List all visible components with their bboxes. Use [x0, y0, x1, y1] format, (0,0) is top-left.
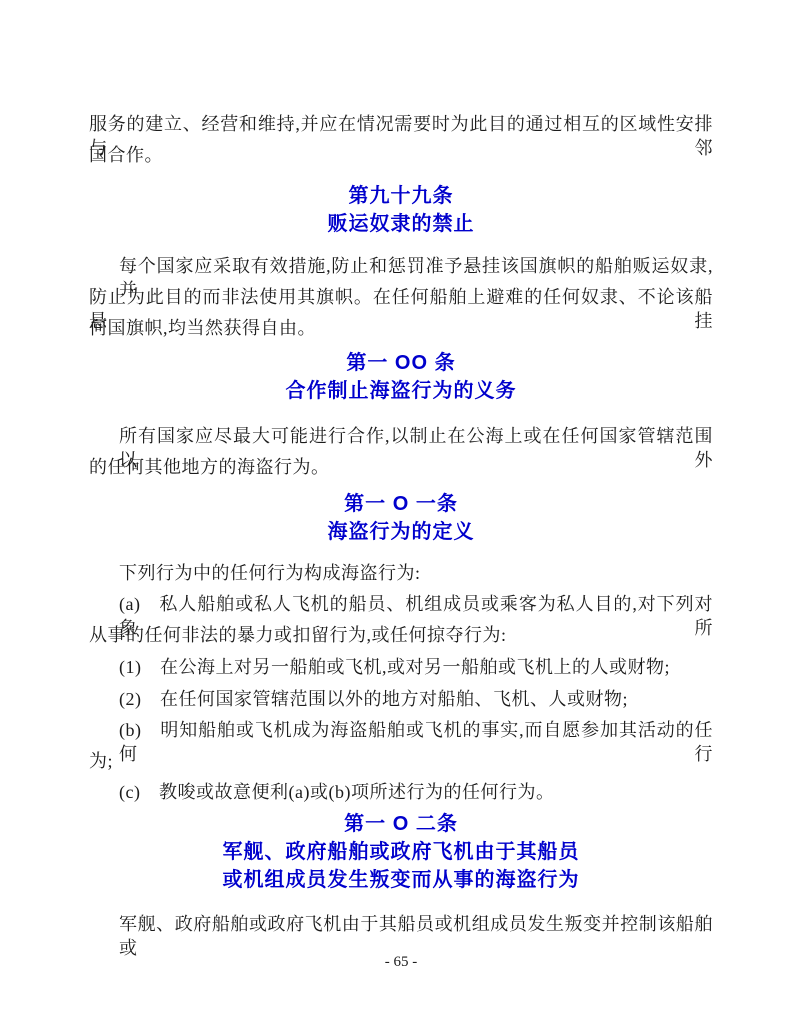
- article-number: 第一 O 一条: [89, 492, 713, 516]
- body-line: (c) 教唆或故意便利(a)或(b)项所述行为的任何行为。: [89, 780, 713, 804]
- article-title: 贩运奴隶的禁止: [89, 212, 713, 236]
- article-number: 第一 O 二条: [89, 812, 713, 836]
- article-title: 合作制止海盗行为的义务: [89, 379, 713, 403]
- body-line: 何国旗帜,均当然获得自由。: [89, 316, 713, 340]
- document-page: 服务的建立、经营和维持,并应在情况需要时为此目的通过相互的区域性安排与邻 国合作…: [0, 0, 800, 1035]
- article-title: 或机组成员发生叛变而从事的海盗行为: [89, 868, 713, 892]
- body-line: (2) 在任何国家管辖范围以外的地方对船舶、飞机、人或财物;: [89, 687, 713, 711]
- article-title: 军舰、政府船舶或政府飞机由于其船员: [89, 840, 713, 864]
- body-line: 的任何其他地方的海盗行为。: [89, 455, 713, 479]
- body-line: (1) 在公海上对另一船舶或飞机,或对另一船舶或飞机上的人或财物;: [89, 655, 713, 679]
- article-number: 第一 OO 条: [89, 351, 713, 375]
- article-number: 第九十九条: [89, 184, 713, 208]
- body-line: 为;: [89, 749, 713, 773]
- body-line: 从事的任何非法的暴力或扣留行为,或任何掠夺行为:: [89, 623, 713, 647]
- body-line: 国合作。: [89, 143, 713, 167]
- article-title: 海盗行为的定义: [89, 520, 713, 544]
- body-line: 下列行为中的任何行为构成海盗行为:: [89, 561, 713, 585]
- page-number: - 65 -: [89, 953, 713, 971]
